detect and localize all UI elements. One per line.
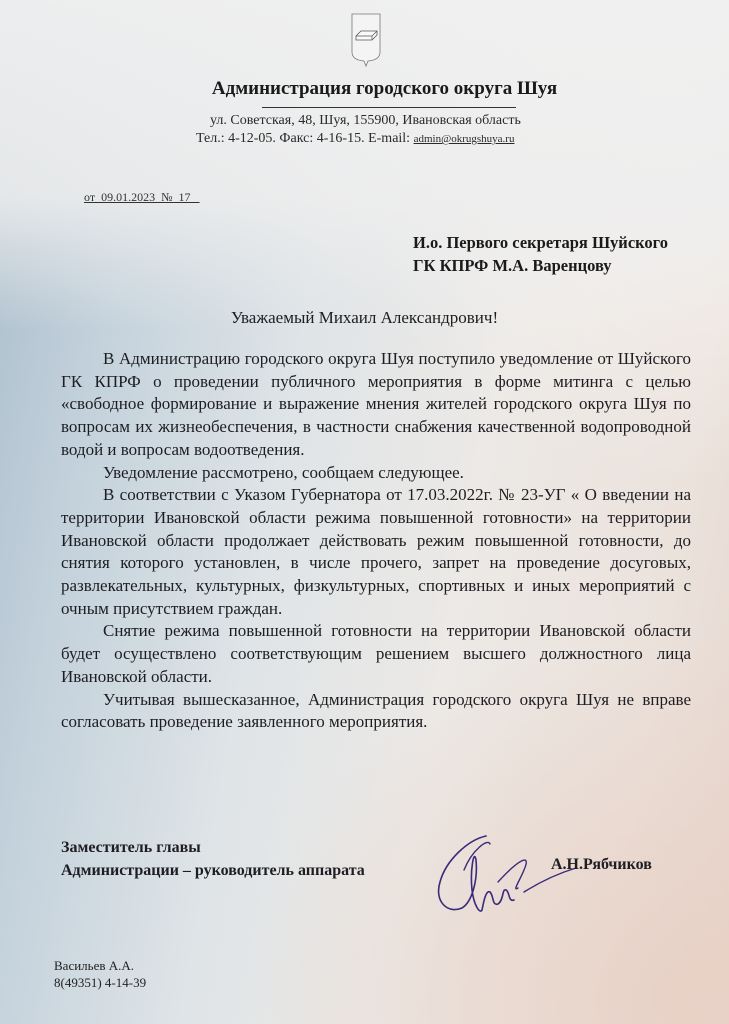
addressee-line-1: И.о. Первого секретаря Шуйского bbox=[413, 231, 668, 254]
signer-title-line-2: Администрации – руководитель аппарата bbox=[61, 859, 365, 882]
signer-name: А.Н.Рябчиков bbox=[551, 856, 652, 874]
salutation: Уважаемый Михаил Александрович! bbox=[0, 308, 729, 328]
organization-contacts: Тел.: 4-12-05. Факс: 4-16-15. E-mail: ad… bbox=[196, 131, 514, 147]
handwritten-signature-icon bbox=[428, 830, 578, 920]
email-link[interactable]: admin@okrugshuya.ru bbox=[414, 133, 515, 145]
signer-title-line-1: Заместитель главы bbox=[61, 836, 365, 859]
executor-name: Васильев А.А. bbox=[54, 957, 146, 974]
addressee: И.о. Первого секретаря Шуйского ГК КПРФ … bbox=[413, 231, 668, 277]
executor-phone: 8(49351) 4-14-39 bbox=[54, 974, 146, 991]
header-divider bbox=[262, 107, 516, 108]
body-paragraph: Учитывая вышесказанное, Администрация го… bbox=[61, 689, 691, 734]
organization-address: ул. Советская, 48, Шуя, 155900, Ивановск… bbox=[210, 113, 521, 129]
document-reference: от 09.01.2023 № 17 bbox=[84, 190, 200, 205]
body-paragraph: В соответствии с Указом Губернатора от 1… bbox=[61, 484, 691, 620]
coat-of-arms-icon bbox=[350, 12, 382, 68]
organization-title: Администрация городского округа Шуя bbox=[0, 78, 729, 100]
contacts-phone-fax: Тел.: 4-12-05. Факс: 4-16-15. E-mail: bbox=[196, 131, 414, 146]
signer-title: Заместитель главы Администрации – руково… bbox=[61, 836, 365, 882]
body-paragraph: Снятие режима повышенной готовности на т… bbox=[61, 620, 691, 688]
letter-body: В Администрацию городского округа Шуя по… bbox=[61, 348, 691, 734]
executor-info: Васильев А.А. 8(49351) 4-14-39 bbox=[54, 957, 146, 991]
addressee-line-2: ГК КПРФ М.А. Варенцову bbox=[413, 254, 668, 277]
body-paragraph: В Администрацию городского округа Шуя по… bbox=[61, 348, 691, 462]
body-paragraph: Уведомление рассмотрено, сообщаем следую… bbox=[61, 462, 691, 485]
